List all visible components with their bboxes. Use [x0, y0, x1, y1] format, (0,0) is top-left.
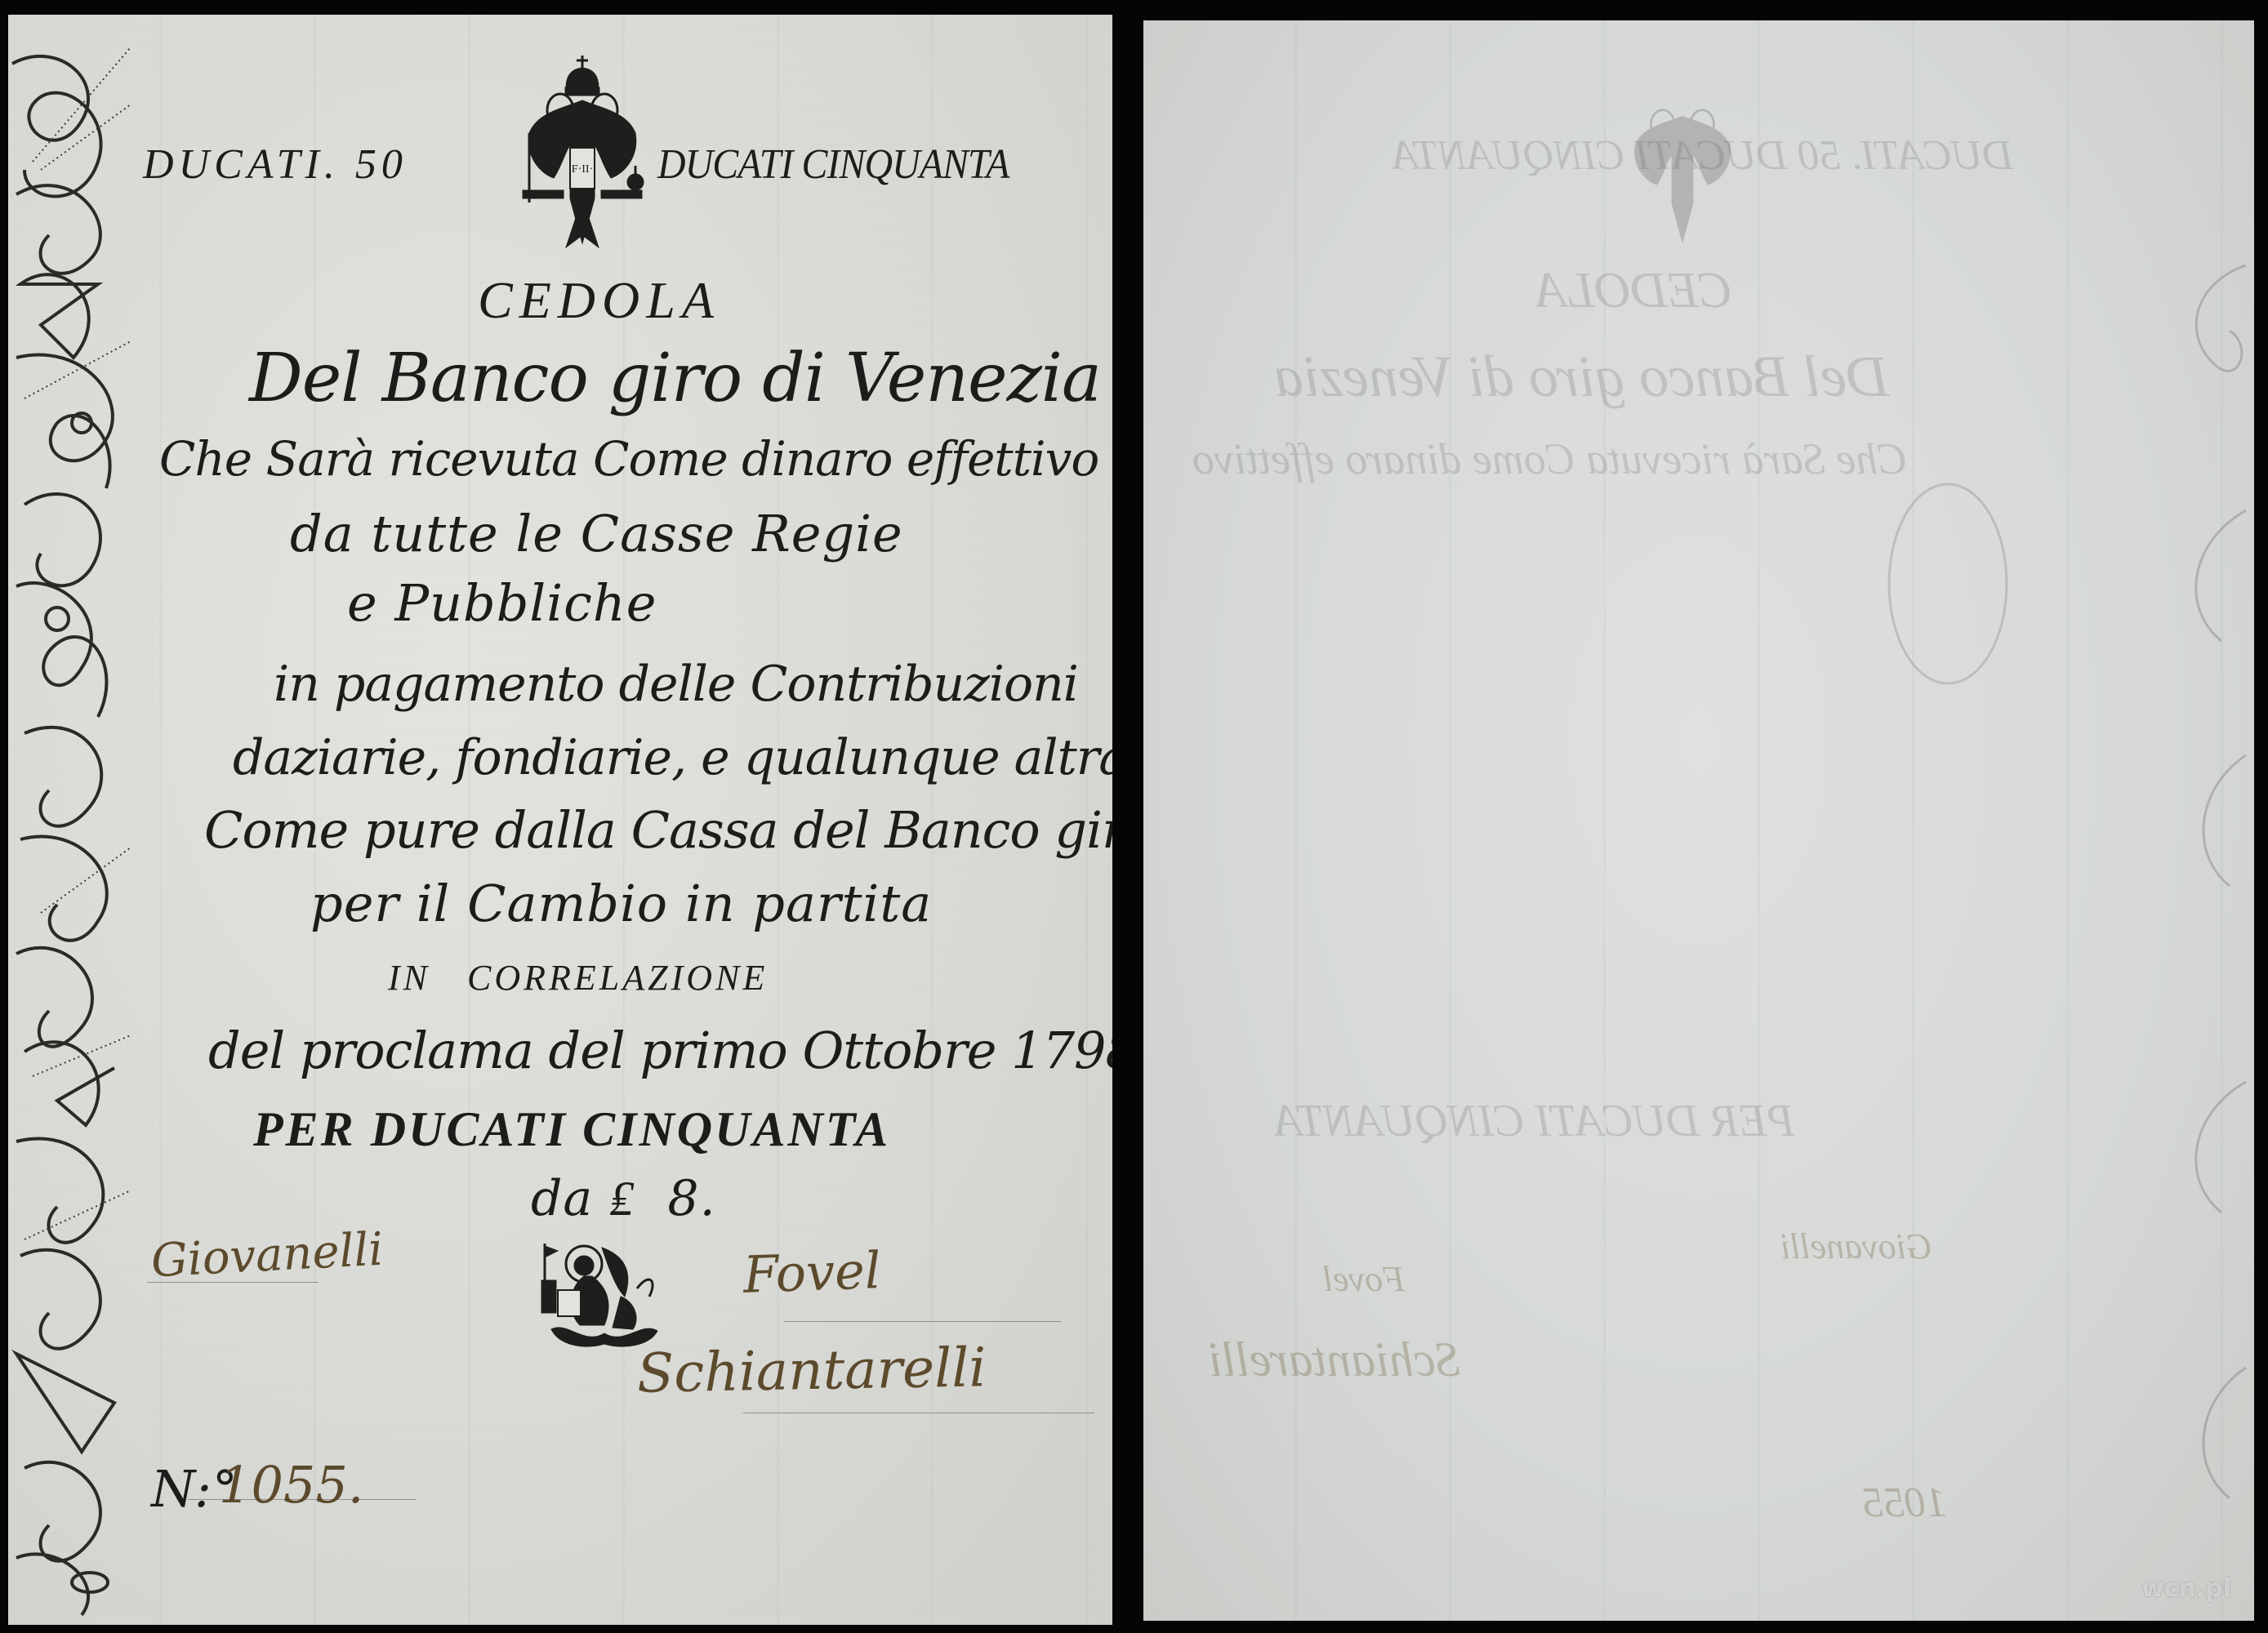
bleed-through-line-2: Che Sarà ricevuta Come dinaro effettivo: [1192, 437, 1907, 481]
text-line-2: Che Sarà ricevuta Come dinaro effettivo: [159, 435, 1098, 483]
text-line-7: Come pure dalla Cassa del Banco giro: [204, 805, 1112, 856]
text-line-8: per il Cambio in partita: [310, 879, 932, 929]
banknote-front: DUCATI. 50 F·II· DUCATI CINQUANTA CEDOLA…: [8, 15, 1112, 1625]
correlation-heading: IN CORRELAZIONE: [388, 960, 768, 996]
bleed-through-signature-mid: Fovel: [1323, 1261, 1405, 1297]
signature-giovanelli: Giovanelli: [150, 1227, 385, 1285]
document-title: CEDOLA: [478, 274, 720, 327]
rate-line: da ₤ 8.: [531, 1174, 716, 1223]
text-line-3: da tutte le Casse Regie: [290, 509, 903, 559]
signature-fovel: Fovel: [742, 1245, 882, 1301]
svg-text:F·II·: F·II·: [572, 163, 593, 176]
header-denomination-words: DUCATI CINQUANTA: [657, 144, 1009, 186]
bleed-through-line-1: Del Banco giro di Venezia: [1274, 347, 1889, 406]
text-line-4: e Pubbliche: [347, 578, 657, 629]
signature-schiantarelli: Schiantarelli: [636, 1341, 987, 1400]
banknote-back: DUCATI. 50 DUCATI CINQUANTA CEDOLA Del B…: [1143, 20, 2254, 1621]
text-line-6: daziarie, fondiarie, e qualunque altra: [233, 733, 1112, 782]
watermark-oval: [1883, 478, 2013, 690]
issuer-line: Del Banco giro di Venezia: [249, 345, 1101, 412]
proclamation-line: del proclama del primo Ottobre 1798.: [208, 1026, 1112, 1076]
serial-number: 1055.: [219, 1460, 364, 1511]
header-denomination-numeric: DUCATI. 50: [143, 144, 408, 186]
calligraphic-border-ornament: [8, 15, 131, 1625]
lion-of-saint-mark-icon: [535, 1239, 674, 1354]
right-border-ornament-bleed: [2164, 20, 2254, 1621]
bleed-through-title: CEDOLA: [1535, 265, 1732, 316]
amount-heading: PER DUCATI CINQUANTA: [253, 1105, 890, 1154]
bleed-through-serial: 1055: [1862, 1482, 1947, 1524]
text-line-5: in pagamento delle Contribuzioni: [274, 660, 1078, 709]
watermark-text: wcn.pl: [2141, 1574, 2231, 1603]
bleed-through-signature-left: Giovanelli: [1780, 1229, 1932, 1265]
double-headed-eagle-icon: F·II·: [505, 51, 660, 256]
bleed-through-signature-bottom: Schiantarelli: [1209, 1335, 1460, 1384]
bleed-through-header: DUCATI. 50 DUCATI CINQUANTA: [1160, 135, 2246, 177]
bleed-through-amount: PER DUCATI CINQUANTA: [1274, 1098, 1795, 1144]
